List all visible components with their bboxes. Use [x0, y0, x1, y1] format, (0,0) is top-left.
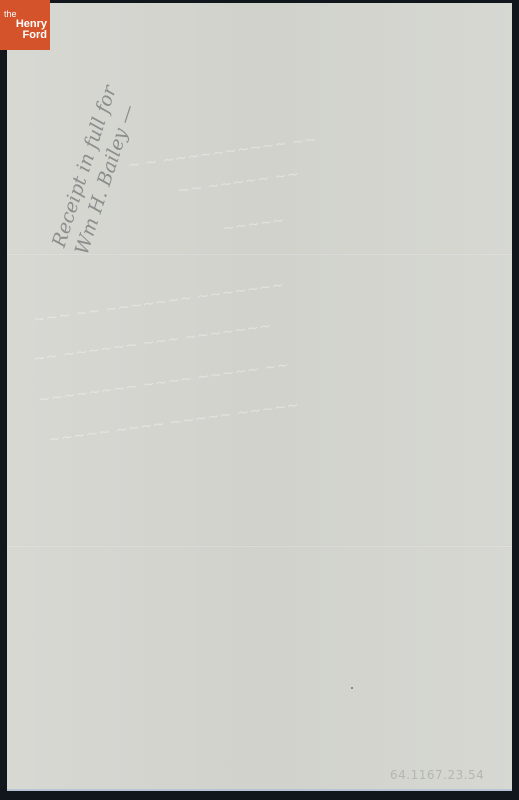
logo-text-ford: Ford — [23, 30, 47, 41]
bleed-through-text: ~~~~~ — [221, 211, 286, 238]
fold-line-lower — [7, 545, 512, 548]
bleed-through-text: ~~~~~ ~~~~ ~~~~~ ~~~~~ — [47, 395, 300, 448]
bleed-through-text: ~~~~~~~~ ~~~~ ~~~~~ ~~ — [37, 355, 290, 408]
logo-text-the: the — [4, 10, 17, 19]
document-page: Receipt in full for Wm H. Bailey — ~ ~ ~… — [7, 3, 512, 791]
paper-speck — [351, 687, 353, 689]
accession-number: 64.1167.23.54 — [390, 768, 484, 782]
henry-ford-logo: the Henry Ford — [0, 0, 50, 50]
bleed-through-text: ~~ ~~~~~ ~~ — [176, 165, 300, 200]
bleed-through-text: ~~ ~~~~~~ ~~~ ~~~~~~~ — [32, 316, 273, 367]
logo-text-henry: Henry — [16, 19, 47, 30]
